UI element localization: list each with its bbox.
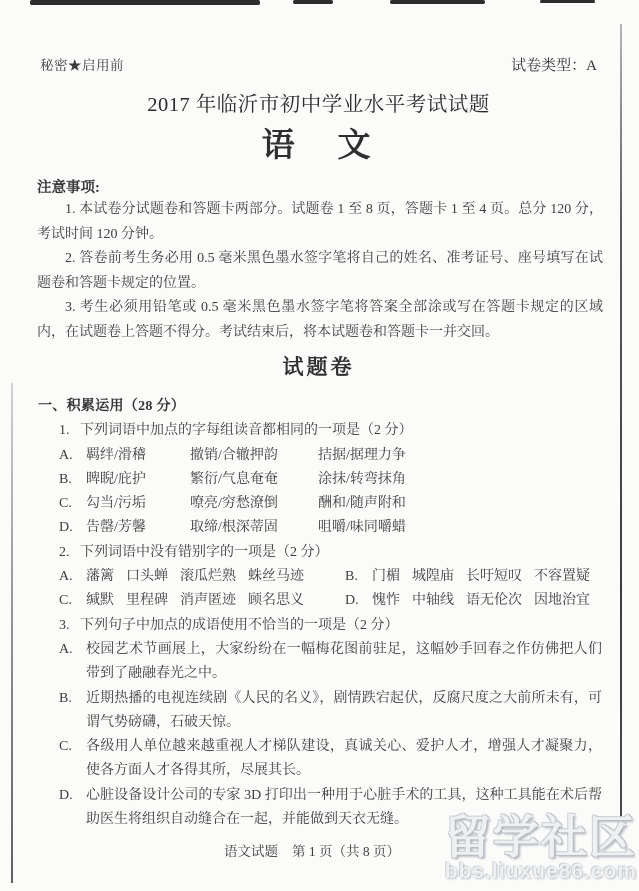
- option-label: A.: [59, 444, 86, 468]
- question-3-option-b: B. 近期热播的电视连续剧《人民的名义》，剧情跌宕起伏，反腐尺度之大前所未有，可…: [38, 687, 602, 736]
- scanned-exam-page: 秘密★启用前 试卷类型：A 2017 年临沂市初中学业水平考试试题 语 文 注意…: [0, 0, 639, 891]
- question-2-option-b: B. 门楣 城隍庙 长吁短叹 不容置疑: [345, 565, 602, 589]
- option-item: 中轴线: [412, 589, 454, 613]
- option-item: 拮据/据理力争: [318, 448, 406, 463]
- question-2-stem-row: 2. 下列词语中没有错别字的一项是（2 分）: [38, 541, 602, 565]
- scan-artifact-band: [30, 0, 260, 5]
- notice-heading: 注意事项:: [37, 176, 100, 197]
- option-item: 睥睨/庇护: [86, 468, 190, 492]
- option-item: 撤销/合辙押韵: [190, 444, 318, 468]
- question-3-number: 3.: [59, 614, 80, 638]
- paper-type-label: 试卷类型：A: [511, 54, 597, 75]
- option-label: A.: [59, 565, 86, 589]
- question-2-option-d: D. 愧怍 中轴线 语无伦次 因地治宜: [345, 589, 602, 613]
- notice-item-2: 2. 答卷前考生务必用 0.5 毫米黑色墨水签字笔将自己的姓名、准考证号、座号填…: [37, 247, 603, 296]
- question-1-option-a: A. 羁绊/滑稽撤销/合辙押韵拮据/据理力争: [38, 444, 602, 468]
- footer-subject-label: 语文试题: [224, 844, 278, 859]
- question-1-number: 1.: [59, 419, 80, 443]
- option-label: D.: [345, 589, 372, 613]
- notice-item-3: 3. 考生必须用铅笔或 0.5 毫米黑色墨水签字笔将答案全部涂或写在答题卡规定的…: [37, 296, 603, 345]
- watermark-site-url: bbs.liuxue86.com: [445, 860, 637, 883]
- subject-title: 语 文: [38, 119, 599, 166]
- option-item: 蛛丝马迹: [248, 565, 304, 589]
- option-item: 里程碑: [126, 589, 168, 613]
- option-item: 勾当/污垢: [86, 492, 190, 516]
- scan-artifact-band: [293, 0, 333, 4]
- option-item: 繁衍/气息奄奄: [190, 468, 318, 492]
- option-item: 语无伦次: [466, 589, 522, 613]
- option-item: 取缔/根深蒂固: [190, 516, 318, 540]
- scan-border-line-left: [11, 383, 13, 883]
- question-1-option-c: C. 勾当/污垢嘹亮/穷愁潦倒酬和/随声附和: [38, 492, 602, 516]
- option-row: 羁绊/滑稽撤销/合辙押韵拮据/据理力争: [86, 444, 406, 468]
- question-2-option-a: A. 藩篱 口头蝉 滚瓜烂熟 蛛丝马迹: [59, 565, 345, 589]
- option-label: B.: [345, 565, 372, 589]
- question-2-stem: 下列词语中没有错别字的一项是（2 分）: [80, 541, 602, 565]
- question-1-stem: 下列词语中加点的字每组读音都相同的一项是（2 分）: [80, 419, 602, 443]
- option-item: 藩篱: [86, 565, 114, 589]
- option-label: C.: [59, 589, 86, 613]
- option-text: 各级用人单位越来越重视人才梯队建设，真诚关心、爱护人才，增强人才凝聚力，使各方面…: [86, 735, 602, 784]
- option-item: 城隍庙: [412, 565, 454, 589]
- option-item: 长吁短叹: [466, 565, 522, 589]
- option-item: 咀嚼/味同嚼蜡: [318, 520, 406, 535]
- option-item: 缄默: [86, 589, 114, 613]
- option-label: D.: [59, 784, 86, 833]
- question-3-stem: 下列句子中加点的成语使用不恰当的一项是（2 分）: [80, 614, 602, 638]
- option-item: 不容置疑: [534, 565, 590, 589]
- watermark-site-name: 留学社区: [445, 814, 637, 860]
- option-label: C.: [59, 492, 86, 516]
- option-label: B.: [59, 687, 86, 736]
- option-item: 羁绊/滑稽: [86, 444, 190, 468]
- question-1-option-d: D. 告罄/芳馨取缔/根深蒂固咀嚼/味同嚼蜡: [38, 516, 602, 540]
- option-label: C.: [59, 735, 86, 784]
- option-item: 口头蝉: [126, 565, 168, 589]
- question-3-option-a: A. 校园艺术节画展上，大家纷纷在一幅梅花图前驻足，这幅妙手回春之作仿佛把人们带…: [38, 638, 602, 687]
- question-3-stem-row: 3. 下列句子中加点的成语使用不恰当的一项是（2 分）: [38, 614, 602, 638]
- security-label: 秘密★启用前: [40, 54, 124, 74]
- header-row: 秘密★启用前 试卷类型：A: [40, 54, 597, 75]
- footer-page-number: 第 1 页（共 8 页）: [292, 844, 400, 859]
- question-2-options-row-1: A. 藩篱 口头蝉 滚瓜烂熟 蛛丝马迹 B. 门楣 城隍庙 长吁短叹 不容置疑: [38, 565, 602, 589]
- paper-body-title: 试题卷: [38, 351, 599, 381]
- scan-border-line-right: [620, 24, 622, 832]
- option-item: 涂抹/转弯抹角: [318, 472, 406, 487]
- option-text: 近期热播的电视连续剧《人民的名义》，剧情跌宕起伏，反腐尺度之大前所未有，可谓气势…: [86, 687, 602, 736]
- option-item: 酬和/随声附和: [318, 496, 406, 511]
- option-item: 告罄/芳馨: [86, 516, 190, 540]
- option-item: 门楣: [372, 565, 400, 589]
- option-label: A.: [59, 638, 86, 687]
- section1-heading: 一、积累运用（28 分）: [38, 395, 602, 419]
- option-row: 睥睨/庇护繁衍/气息奄奄涂抹/转弯抹角: [86, 468, 406, 492]
- scan-artifact-band: [390, 0, 485, 4]
- question-2-options-row-2: C. 缄默 里程碑 消声匿迹 顾名思义 D. 愧怍 中轴线 语无伦次 因地治宜: [38, 589, 602, 613]
- notice-list: 1. 本试卷分试题卷和答题卡两部分。试题卷 1 至 8 页，答题卡 1 至 4 …: [37, 198, 603, 346]
- option-item: 滚瓜烂熟: [180, 565, 236, 589]
- option-item: 顾名思义: [248, 589, 304, 613]
- question-2-option-c: C. 缄默 里程碑 消声匿迹 顾名思义: [59, 589, 345, 613]
- option-item: 嘹亮/穷愁潦倒: [190, 492, 318, 516]
- notice-item-1: 1. 本试卷分试题卷和答题卡两部分。试题卷 1 至 8 页，答题卡 1 至 4 …: [37, 198, 603, 247]
- question-1-stem-row: 1. 下列词语中加点的字每组读音都相同的一项是（2 分）: [38, 419, 602, 443]
- option-item: 消声匿迹: [180, 589, 236, 613]
- option-label: B.: [59, 468, 86, 492]
- scan-artifact-band: [540, 0, 595, 3]
- option-text: 校园艺术节画展上，大家纷纷在一幅梅花图前驻足，这幅妙手回春之作仿佛把人们带到了融…: [86, 638, 602, 687]
- question-3-option-c: C. 各级用人单位越来越重视人才梯队建设，真诚关心、爱护人才，增强人才凝聚力，使…: [38, 735, 602, 784]
- question-2-number: 2.: [59, 541, 80, 565]
- option-item: 愧怍: [372, 589, 400, 613]
- exam-title: 2017 年临沂市初中学业水平考试试题: [38, 87, 599, 117]
- option-item: 因地治宜: [534, 589, 590, 613]
- watermark: 留学社区 bbs.liuxue86.com: [445, 814, 637, 883]
- question-1-option-b: B. 睥睨/庇护繁衍/气息奄奄涂抹/转弯抹角: [38, 468, 602, 492]
- option-label: D.: [59, 516, 86, 540]
- option-row: 告罄/芳馨取缔/根深蒂固咀嚼/味同嚼蜡: [86, 516, 406, 540]
- option-row: 勾当/污垢嘹亮/穷愁潦倒酬和/随声附和: [86, 492, 406, 516]
- question-area: 一、积累运用（28 分） 1. 下列词语中加点的字每组读音都相同的一项是（2 分…: [38, 395, 602, 832]
